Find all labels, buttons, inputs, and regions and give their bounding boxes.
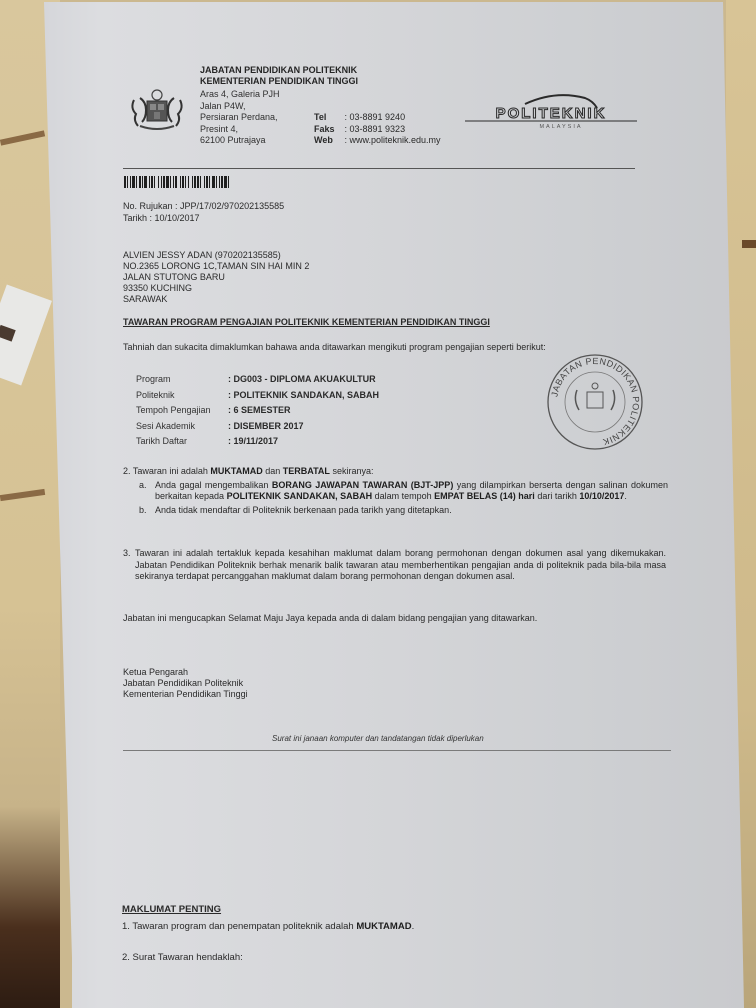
contact-tel: Tel : 03-8891 9240 [314, 112, 441, 124]
important-item-2: 2. Surat Tawaran hendaklah: [122, 952, 243, 963]
barcode [124, 176, 319, 188]
signatory-dept: Jabatan Pendidikan Politeknik [123, 678, 248, 689]
important-info-title: MAKLUMAT PENTING [122, 904, 221, 915]
recipient-line: NO.2365 LORONG 1C,TAMAN SIN HAI MIN 2 [123, 261, 309, 272]
letter-date: Tarikh : 10/10/2017 [123, 213, 284, 225]
condition-b: b. Anda tidak mendaftar di Politeknik be… [139, 505, 668, 517]
section-3-validity: 3. Tawaran ini adalah tertakluk kepada k… [123, 548, 666, 583]
address-line: Aras 4, Galeria PJH [200, 89, 280, 101]
reference-block: No. Rujukan : JPP/17/02/970202135585 Tar… [123, 201, 284, 224]
computer-generated-note: Surat ini janaan komputer dan tandatanga… [272, 734, 484, 743]
recipient-line: 93350 KUCHING [123, 283, 309, 294]
official-stamp-icon: JABATAN PENDIDIKAN POLITEKNIK [545, 352, 645, 452]
letter-title: TAWARAN PROGRAM PENGAJIAN POLITEKNIK KEM… [123, 317, 490, 327]
recipient-line: SARAWAK [123, 294, 309, 305]
address-line: Persiaran Perdana, [200, 112, 280, 124]
reference-number: No. Rujukan : JPP/17/02/970202135585 [123, 201, 284, 213]
ministry-name: KEMENTERIAN PENDIDIKAN TINGGI [200, 76, 358, 87]
org-name: JABATAN PENDIDIKAN POLITEKNIK [200, 65, 358, 76]
recipient-line: ALVIEN JESSY ADAN (970202135585) [123, 250, 309, 261]
closing-statement: Jabatan ini mengucapkan Selamat Maju Jay… [123, 613, 537, 623]
detail-row-register-date: Tarikh Daftar: 19/11/2017 [136, 436, 379, 452]
detail-row-duration: Tempoh Pengajian: 6 SEMESTER [136, 405, 379, 421]
detail-row-session: Sesi Akademik: DISEMBER 2017 [136, 421, 379, 437]
condition-a: a. Anda gagal mengembalikan BORANG JAWAP… [139, 480, 668, 503]
detail-row-politeknik: Politeknik: POLITEKNIK SANDAKAN, SABAH [136, 390, 379, 406]
important-item-1: 1. Tawaran program dan penempatan polite… [122, 921, 414, 932]
contact-fax: Faks : 03-8891 9323 [314, 124, 441, 136]
recipient-line: JALAN STUTONG BARU [123, 272, 309, 283]
program-details: Program: DG003 - DIPLOMA AKUAKULTUR Poli… [136, 374, 379, 452]
svg-text:JABATAN PENDIDIKAN POLITEKNIK: JABATAN PENDIDIKAN POLITEKNIK [549, 356, 641, 447]
address-line: 62100 Putrajaya [200, 135, 280, 147]
letter-intro: Tahniah dan sukacita dimaklumkan bahawa … [123, 342, 546, 352]
footer-divider [123, 750, 671, 751]
politeknik-logo: POLITEKNIK MALAYSIA [465, 90, 637, 130]
offer-letter: JABATAN PENDIDIKAN POLITEKNIK KEMENTERIA… [0, 0, 756, 1008]
signature-block: Ketua Pengarah Jabatan Pendidikan Polite… [123, 667, 248, 700]
contact-web: Web : www.politeknik.edu.my [314, 135, 441, 147]
signatory-ministry: Kementerian Pendidikan Tinggi [123, 689, 248, 700]
header-address: Aras 4, Galeria PJH Jalan P4W, Persiaran… [200, 89, 280, 147]
malaysia-coat-of-arms-icon [126, 88, 188, 134]
header-organization: JABATAN PENDIDIKAN POLITEKNIK KEMENTERIA… [200, 65, 358, 87]
section-2-lead: 2. Tawaran ini adalah MUKTAMAD dan TERBA… [123, 466, 668, 478]
header-divider [123, 168, 635, 169]
address-line: Jalan P4W, [200, 101, 280, 113]
header-contacts: Tel : 03-8891 9240 Faks : 03-8891 9323 W… [314, 112, 441, 147]
recipient-address: ALVIEN JESSY ADAN (970202135585) NO.2365… [123, 250, 309, 305]
svg-text:MALAYSIA: MALAYSIA [539, 124, 582, 130]
detail-row-program: Program: DG003 - DIPLOMA AKUAKULTUR [136, 374, 379, 390]
section-2-conditions: 2. Tawaran ini adalah MUKTAMAD dan TERBA… [123, 466, 668, 516]
address-line: Presint 4, [200, 124, 280, 136]
svg-text:POLITEKNIK: POLITEKNIK [496, 105, 607, 122]
signatory-title: Ketua Pengarah [123, 667, 248, 678]
